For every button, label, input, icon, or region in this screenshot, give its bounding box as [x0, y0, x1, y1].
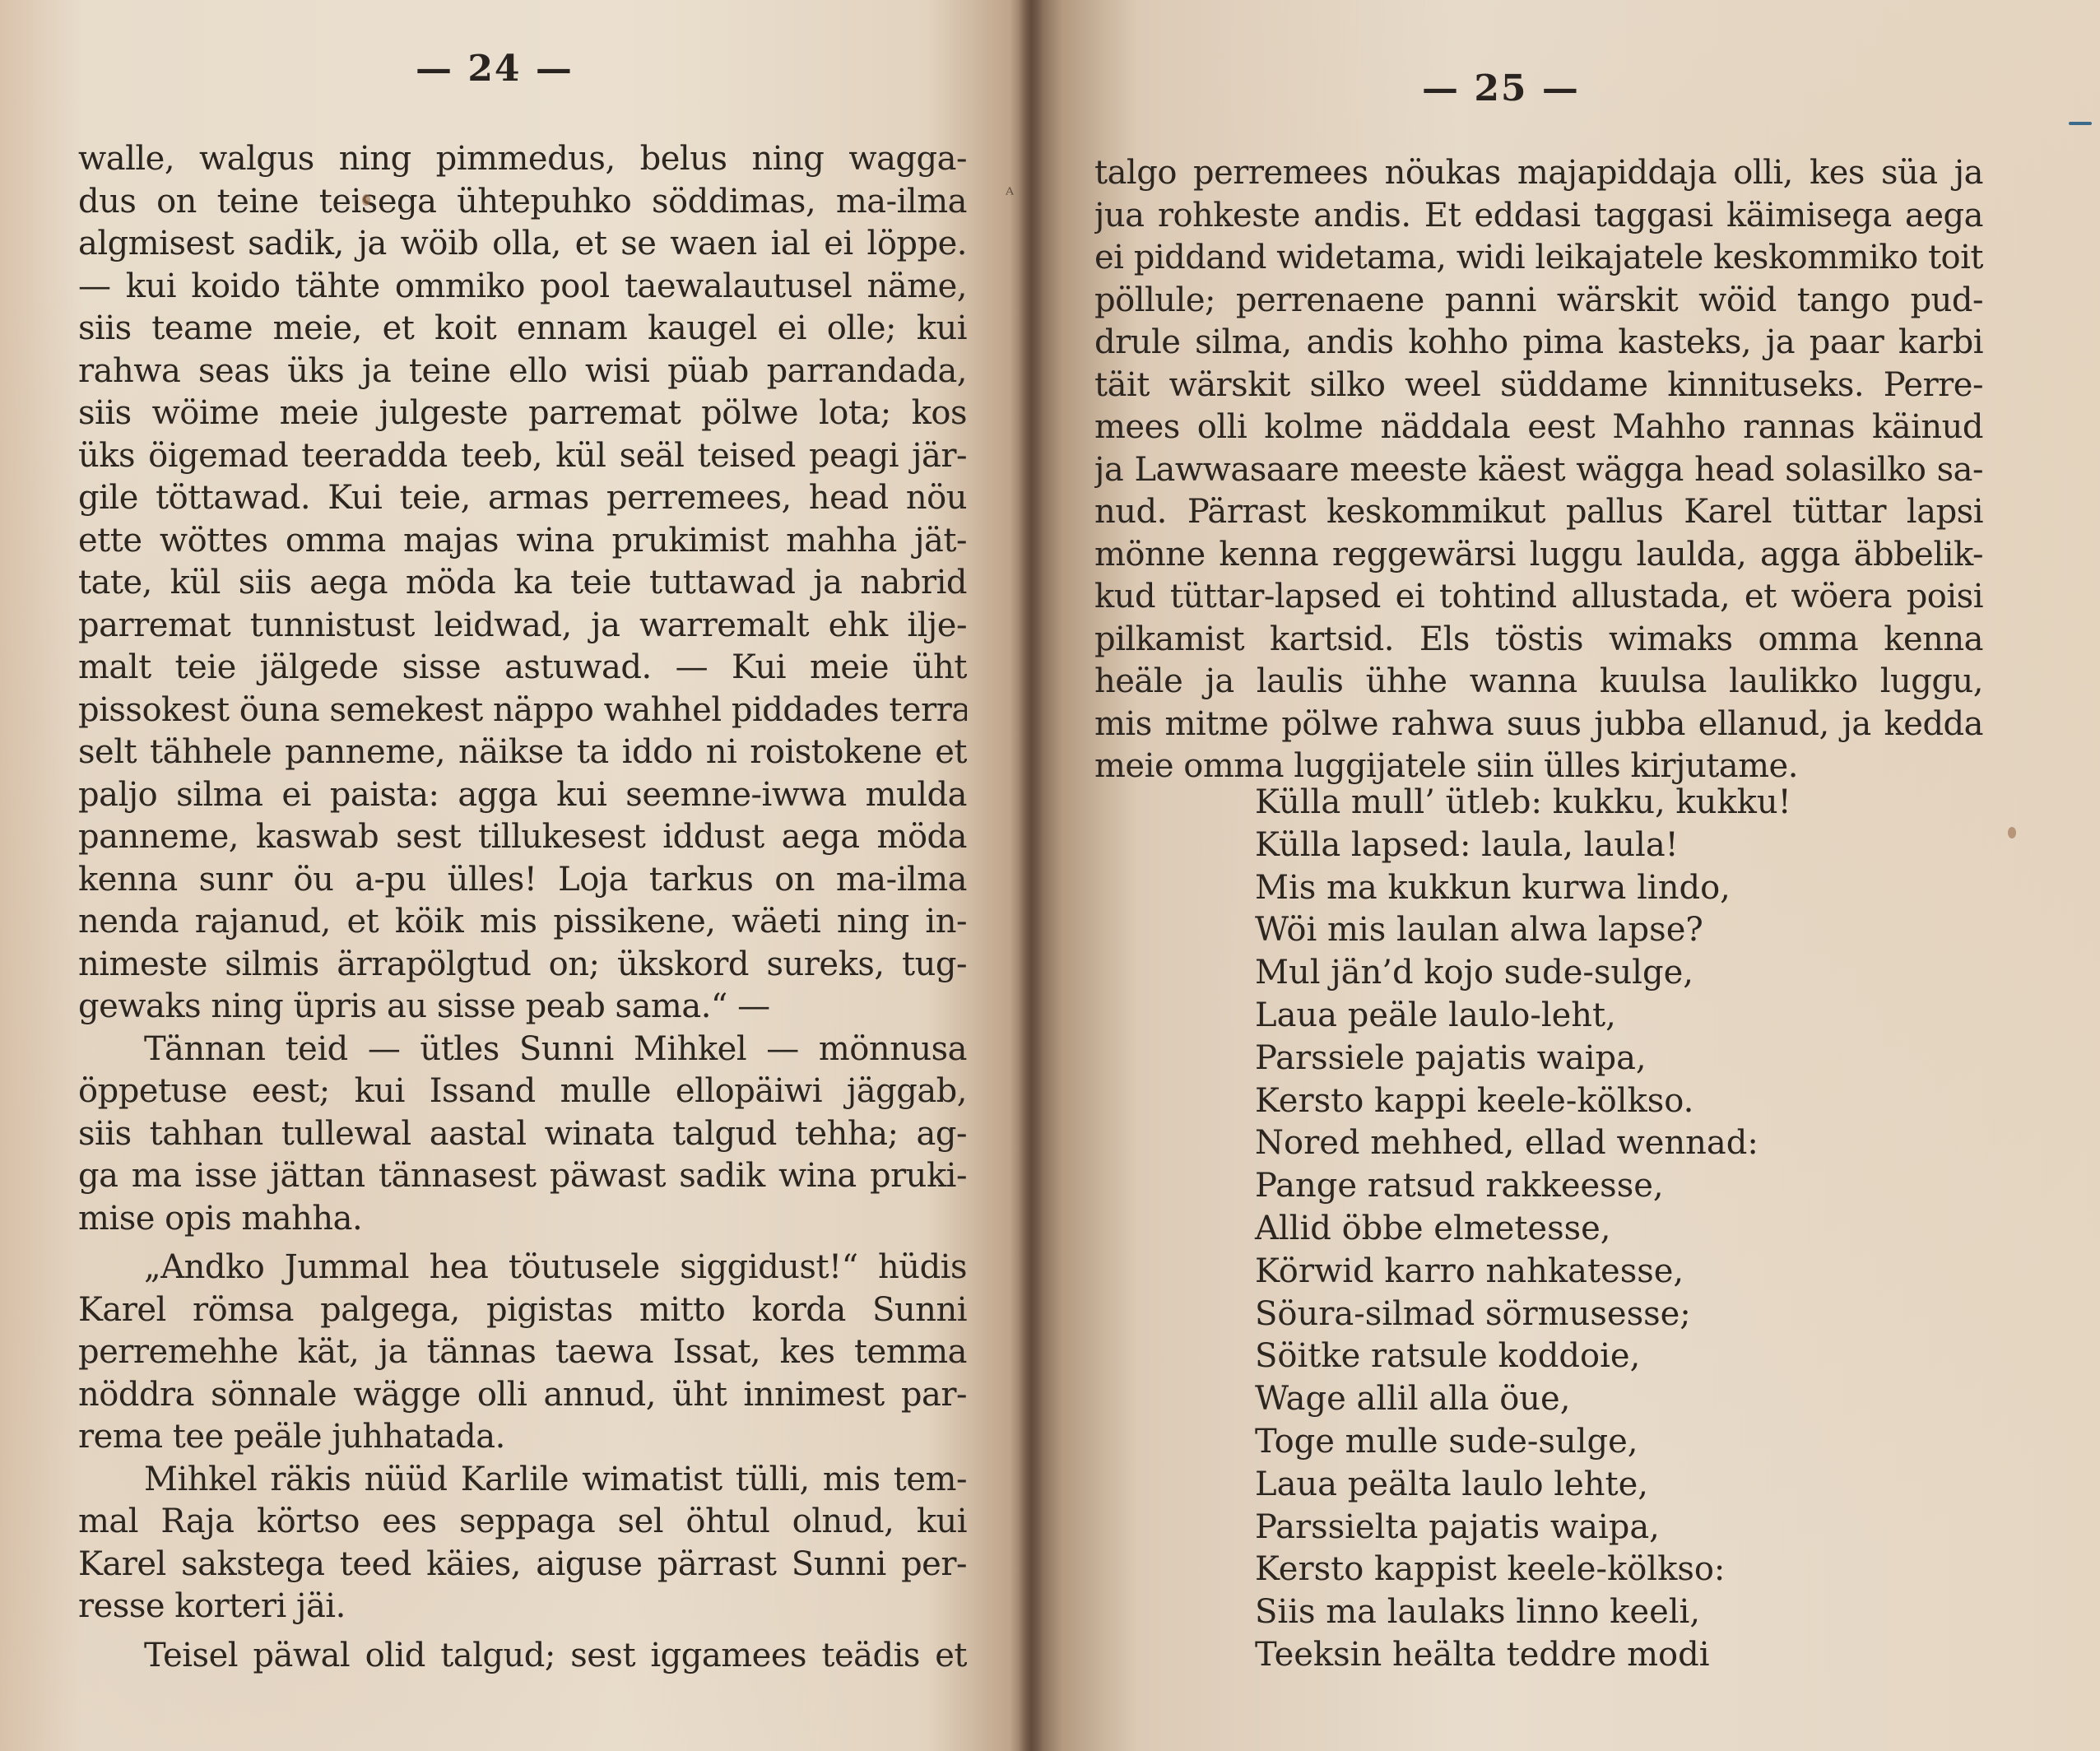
poem-line: Söitke ratsule koddoie,: [1255, 1335, 1791, 1378]
text-line: pilkamist kartsid. Els töstis wimaks omm…: [1094, 619, 1983, 662]
text-line: siis wöime meie julgeste parremat pölwe …: [78, 392, 967, 435]
text-line: mis mitme pölwe rahwa suus jubba ellanud…: [1094, 704, 1983, 746]
text-line: malt teie jälgede sisse astuwad. — Kui m…: [78, 647, 967, 690]
text-line: gile töttawad. Kui teie, armas perremees…: [78, 477, 967, 520]
text-line: heäle ja laulis ühhe wanna kuulsa laulik…: [1094, 661, 1983, 704]
poem-line: Mul jän’d kojo sude-sulge,: [1255, 952, 1791, 995]
text-line: talgo perremees nöukas majapiddaja olli,…: [1094, 152, 1983, 195]
text-line: nud. Pärrast keskommikut pallus Karel tü…: [1094, 491, 1983, 534]
text-line: tate, kül siis aega möda ka teie tuttawa…: [78, 562, 967, 605]
text-line: pöllule; perrenaene panni wärskit wöid t…: [1094, 280, 1983, 323]
text-line: jua rohkeste andis. Et eddasi taggasi kä…: [1094, 195, 1983, 238]
text-line: kud tüttar-lapsed ei tohtind allustada, …: [1094, 576, 1983, 619]
paragraph-start: Mihkel räkis nüüd Karlile wimatist tülli…: [78, 1459, 967, 1502]
poem-line: Parssielta pajatis waipa,: [1255, 1507, 1791, 1549]
poem-line: Külla lapsed: laula, laula!: [1255, 824, 1791, 867]
poem-line: Körwid karro nahkatesse,: [1255, 1251, 1791, 1294]
text-line: paljo silma ei paista: agga kui seemne-i…: [78, 774, 967, 817]
text-line: rahwa seas üks ja teine ello wisi püab p…: [78, 351, 967, 393]
text-line: mise opis mahha.: [78, 1198, 967, 1241]
right-page-text: talgo perremees nöukas majapiddaja olli,…: [1094, 152, 1983, 788]
poem-line: Wage allil alla öue,: [1255, 1378, 1791, 1421]
left-page-text: walle, walgus ning pimmedus, belus ning …: [78, 138, 967, 1677]
poem-line: Toge mulle sude-sulge,: [1255, 1421, 1791, 1464]
text-line: ga ma isse jättan tännasest päwast sadik…: [78, 1155, 967, 1198]
text-line: üks öigemad teeradda teeb, kül seäl teis…: [78, 435, 967, 478]
text-line: mönne kenna reggewärsi luggu laulda, agg…: [1094, 534, 1983, 577]
text-line: öppetuse eest; kui Issand mulle ellopäiw…: [78, 1071, 967, 1113]
poem-line: Kersto kappist keele-kölkso:: [1255, 1549, 1791, 1591]
poem-line: Pange ratsud rakkeesse,: [1255, 1165, 1791, 1208]
poem-line: Kersto kappi keele-kölkso.: [1255, 1080, 1791, 1123]
poem-line: Külla mull’ ütleb: kukku, kukku!: [1255, 782, 1791, 824]
text-line: ja Lawwasaare meeste käest wägga head so…: [1094, 449, 1983, 492]
page-number-right: — 25 —: [1422, 67, 1580, 109]
text-line: perremehhe kät, ja tännas taewa Issat, k…: [78, 1331, 967, 1374]
poem: Külla mull’ ütleb: kukku, kukku! Külla l…: [1255, 782, 1791, 1677]
page-number-left: — 24 —: [416, 48, 574, 90]
poem-line: Mis ma kukkun kurwa lindo,: [1255, 867, 1791, 910]
text-line: siis teame meie, et koit ennam kaugel ei…: [78, 308, 967, 351]
text-line: nenda rajanud, et köik mis pissikene, wä…: [78, 901, 967, 944]
poem-line: Allid öbbe elmetesse,: [1255, 1208, 1791, 1251]
book-gutter: [1019, 0, 1043, 1751]
text-line: Karel römsa palgega, pigistas mitto kord…: [78, 1289, 967, 1332]
poem-line: Parssiele pajatis waipa,: [1255, 1038, 1791, 1080]
paper-stain: [362, 194, 370, 206]
text-line: ette wöttes omma majas wina prukimist ma…: [78, 520, 967, 563]
left-page: — 24 — walle, walgus ning pimmedus, belu…: [0, 0, 1030, 1751]
text-line: drule silma, andis kohho pima kasteks, j…: [1094, 322, 1983, 365]
text-line: resse korteri jäi.: [78, 1586, 967, 1628]
text-line: pissokest öuna semekest näppo wahhel pid…: [78, 690, 967, 732]
poem-line: Söura-silmad sörmusesse;: [1255, 1294, 1791, 1336]
text-line: selt tähhele panneme, näikse ta iddo ni …: [78, 732, 967, 774]
text-line: — kui koido tähte ommiko pool taewalautu…: [78, 266, 967, 309]
text-line: parremat tunnistust leidwad, ja warremal…: [78, 605, 967, 648]
text-line: mees olli kolme näddala eest Mahho ranna…: [1094, 406, 1983, 449]
text-line: gewaks ning üpris au sisse peab sama.“ —: [78, 986, 967, 1029]
book-spread: — 24 — walle, walgus ning pimmedus, belu…: [0, 0, 2100, 1751]
text-line: kenna sunr öu a-pu ülles! Loja tarkus on…: [78, 859, 967, 902]
poem-line: Siis ma laulaks linno keeli,: [1255, 1591, 1791, 1634]
text-line: nöddra sönnale wägge olli annud, üht inn…: [78, 1374, 967, 1417]
ink-mark: [2069, 122, 2092, 125]
poem-line: Teeksin heälta teddre modi: [1255, 1634, 1791, 1677]
paragraph-start: Teisel päwal olid talgud; sest iggamees …: [78, 1635, 967, 1678]
text-line: ei piddand widetama, widi leikajatele ke…: [1094, 237, 1983, 280]
text-line: nimeste silmis ärrapölgtud on; ükskord s…: [78, 944, 967, 987]
paragraph-start: „Andko Jummal hea töutusele siggidust!“ …: [78, 1247, 967, 1289]
poem-line: Wöi mis laulan alwa lapse?: [1255, 909, 1791, 952]
text-line: rema tee peäle juhhatada.: [78, 1416, 967, 1459]
paragraph-start: Tännan teid — ütles Sunni Mihkel — mönnu…: [78, 1029, 967, 1071]
text-line: siis tahhan tullewal aastal winata talgu…: [78, 1113, 967, 1156]
text-line: panneme, kaswab sest tillukesest iddust …: [78, 816, 967, 859]
poem-line: Laua peäle laulo-leht,: [1255, 995, 1791, 1038]
text-line: Karel sakstega teed käies, aiguse pärras…: [78, 1544, 967, 1586]
paper-stain: [2008, 827, 2016, 838]
poem-line: Laua peälta laulo lehte,: [1255, 1464, 1791, 1507]
text-line: dus on teine teisega ühtepuhko söddimas,…: [78, 181, 967, 224]
text-line: mal Raja körtso ees seppaga sel öhtul ol…: [78, 1501, 967, 1544]
margin-mark: ᴬ: [1006, 185, 1014, 206]
text-line: algmisest sadik, ja wöib olla, et se wae…: [78, 223, 967, 266]
text-line: täit wärskit silko weel süddame kinnitus…: [1094, 365, 1983, 407]
poem-line: Nored mehhed, ellad wennad:: [1255, 1122, 1791, 1165]
text-line: walle, walgus ning pimmedus, belus ning …: [78, 138, 967, 181]
